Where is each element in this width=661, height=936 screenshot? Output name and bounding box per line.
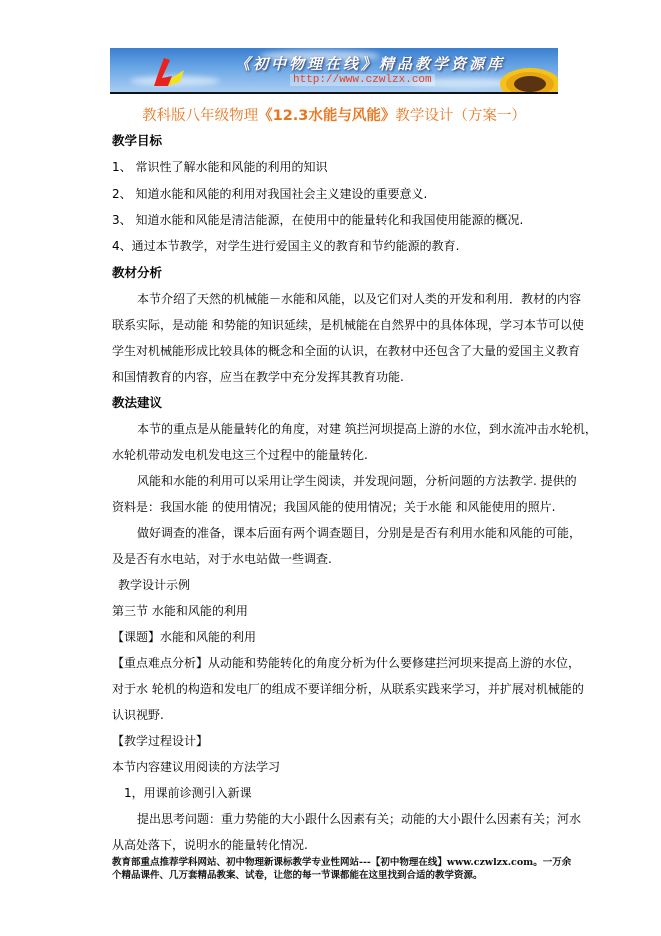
section-title: 第三节 水能和风能的利用 [112,603,248,619]
analysis-line: 和国情教育的内容，应当在教学中充分发挥其教育功能. [112,369,404,385]
goal-item: 4、通过本节教学，对学生进行爱国主义的教育和节约能源的教育. [112,238,459,254]
goal-item: 1、 常识性了解水能和风能的利用的知识 [112,159,327,175]
key-points-line: 【重点难点分析】从动能和势能转化的角度分析为什么要修建拦河坝来提高上游的水位， [112,655,580,671]
footer-line: 教育部重点推荐学科网站、初中物理新课标教学专业性网站---【初中物理在线】www… [112,857,571,869]
site-logo-icon [150,56,190,88]
method-line: 水轮机带动发电机发电这三个过程中的能量转化. [112,447,368,463]
heading-material-analysis: 教材分析 [112,265,162,281]
method-line: 做好调查的准备，课本后面有两个调查题目，分别是是否有利用水能和风能的可能， [137,525,581,541]
method-line: 资料是：我国水能 的使用情况；我国风能的使用情况；关于水能 和风能使用的照片. [112,499,555,515]
title-suffix: 教学设计（方案一） [395,108,526,124]
analysis-line: 本节介绍了天然的机械能－水能和风能，以及它们对人类的开发和利用．教材的内容 [137,291,581,307]
analysis-line: 学生对机械能形成比较具体的概念和全面的认识，在教材中还包含了大量的爱国主义教育 [112,343,580,359]
heading-teaching-goals: 教学目标 [112,133,162,149]
step-1-line: 从高处落下，说明水的能量转化情况. [112,837,308,853]
process-heading: 【教学过程设计】 [112,733,208,749]
method-line: 及是否有水电站，对于水电站做一些调查. [112,551,332,567]
method-line: 风能和水能的利用可以采用让学生阅读，并发现问题，分析问题的方法教学. 提供的 [137,473,577,489]
heading-teaching-method: 教法建议 [112,395,162,411]
banner-divider [110,92,558,94]
step-1-line: 提出思考问题：重力势能的大小跟什么因素有关；动能的大小跟什么因素有关；河水 [137,811,581,827]
title-prefix: 教科版八年级物理 [142,108,258,124]
step-1: 1，用课前诊测引入新课 [124,785,252,801]
banner-title: 《初中物理在线》精品教学资源库 [235,53,505,74]
banner-url: http://www.czwlzx.com [290,74,435,86]
document-title: 教科版八年级物理《12.3水能与风能》教学设计（方案一） [110,104,558,125]
key-points-line: 对于水 轮机的构造和发电厂的组成不要详细分析，从联系实践来学习，并扩展对机械能的 [112,681,584,697]
footer-line: 个精品课件、几万套精品教案、试卷，让您的每一节课都能在这里找到合适的教学资源。 [112,870,483,882]
goal-item: 3、 知道水能和风能是清洁能源，在使用中的能量转化和我国使用能源的概况. [112,212,523,228]
process-intro: 本节内容建议用阅读的方法学习 [112,759,280,775]
topic-line: 【课题】水能和风能的利用 [112,629,256,645]
key-points-line: 认识视野. [112,707,164,723]
title-lesson: 《12.3水能与风能》 [258,108,395,124]
method-line: 本节的重点是从能量转化的角度，对建 筑拦河坝提高上游的水位，到水流冲击水轮机， [137,421,597,437]
site-banner: 《初中物理在线》精品教学资源库 http://www.czwlzx.com [110,48,558,92]
sunflower-icon [498,62,558,92]
analysis-line: 联系实际，是动能 和势能的知识延续，是机械能在自然界中的具体体现，学习本节可以使 [112,317,584,333]
goal-item: 2、 知道水能和风能的利用对我国社会主义建设的重要意义. [112,186,427,202]
example-label: 教学设计示例 [118,577,190,593]
